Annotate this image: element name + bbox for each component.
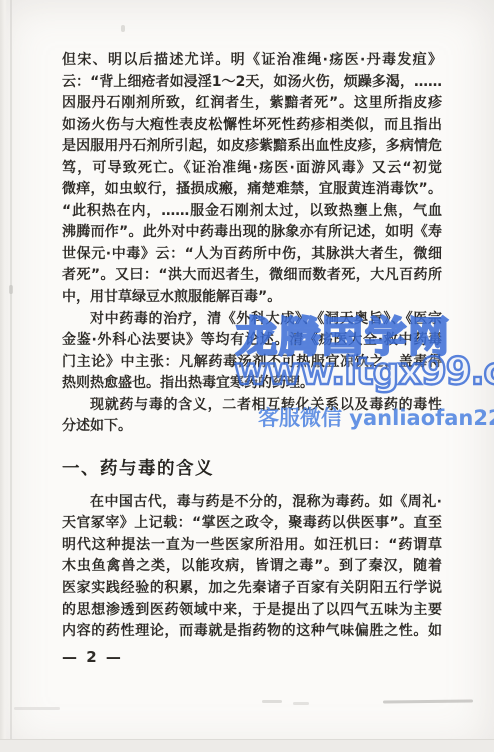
text-line: 如汤火伤与大疱性表皮松懈性坏死性药疹相类似，而且指出 <box>62 115 442 137</box>
text-line: 因服丹石刚剂所致，红润者生，紫黯者死”。这里所指皮疹 <box>62 93 442 115</box>
text-line: 的思想渗透到医药领域中来，于是提出了以四气五味为主要 <box>62 600 442 622</box>
text-line: 者死”。又曰：“洪大而迟者生，微细而数者死，大凡百药所 <box>62 265 442 287</box>
text-column: 但宋、明以后描述尤详。明《证治准绳·疡医·丹毒发疽》云：“背上细疮者如浸淫1～2… <box>62 50 442 666</box>
text-line: 金鉴·外科心法要诀》等均有论述。清《疡医大全·救中药毒 <box>62 330 442 352</box>
scan-smudge <box>262 700 282 703</box>
paragraphs-before-heading: 但宋、明以后描述尤详。明《证治准绳·疡医·丹毒发疽》云：“背上细疮者如浸淫1～2… <box>62 50 442 438</box>
text-line: 世保元·中毒》云：“人为百药所中伤，其脉洪大者生，微细 <box>62 244 442 266</box>
text-line: “此积热在内，……服金石刚剂太过，以致热壅上焦，气血 <box>62 201 442 223</box>
text-line: 沸腾而作”。此外对中药毒出现的脉象亦有所记述，如明《寿 <box>62 222 442 244</box>
text-line: 木虫鱼禽兽之类，以能攻病，皆谓之毒”。到了秦汉，随着 <box>62 556 442 578</box>
text-line: 云：“背上细疮者如浸淫1～2天，如汤火伤，烦躁多渴，…… <box>62 72 442 94</box>
paragraphs-after-heading: 在中国古代，毒与药是不分的，混称为毒药。如《周礼·天官冢宰》上记载：“掌医之政令… <box>62 492 442 643</box>
text-line: 内容的药性理论，而毒就是指药物的这种气味偏胜之性。如 <box>62 621 442 643</box>
text-line: 但宋、明以后描述尤详。明《证治准绳·疡医·丹毒发疽》 <box>62 50 442 72</box>
text-line: 分述如下。 <box>62 416 442 438</box>
text-line: 微痒，如虫蚁行，搔损成瘢，痛楚难禁，宜服黄连消毒饮”。 <box>62 179 442 201</box>
text-line: 医家实践经验的积累，加之先秦诸子百家有关阴阳五行学说 <box>62 578 442 600</box>
page-bottom-edge <box>0 739 494 752</box>
scan-smudge <box>383 700 473 704</box>
text-line: 笃，可导致死亡。《证治准绳·疡医·面游风毒》又云“初觉 <box>62 158 442 180</box>
page-fold-line <box>10 0 12 740</box>
text-line: 在中国古代，毒与药是不分的，混称为毒药。如《周礼· <box>62 492 442 514</box>
page-number: — 2 — <box>62 648 442 666</box>
scan-speck <box>121 25 125 32</box>
text-line: 现就药与毒的含义，二者相互转化关系以及毒药的毒性 <box>62 395 442 417</box>
section-heading: 一、药与毒的含义 <box>62 457 442 481</box>
text-line: 中，用甘草绿豆水煎服能解百毒”。 <box>62 287 442 309</box>
text-line: 明代这种提法一直为一些医家所沿用。如汪机曰：“药谓草 <box>62 535 442 557</box>
text-line: 门主论》中主张：凡解药毒汤剂不可热服宜凉饮之，盖毒得 <box>62 352 442 374</box>
page-edge-shadow <box>0 0 7 752</box>
text-line: 热则热愈盛也。指出热毒宜寒药的药理。 <box>62 373 442 395</box>
scan-speck <box>9 285 13 294</box>
scan-smudge <box>14 707 60 710</box>
scan-smudge <box>293 702 309 705</box>
scanned-book-page: 但宋、明以后描述尤详。明《证治准绳·疡医·丹毒发疽》云：“背上细疮者如浸淫1～2… <box>0 0 494 752</box>
text-line: 是因服用丹石剂所引起，如皮疹紫黯系出血性皮疹，多病情危 <box>62 136 442 158</box>
text-line: 天官冢宰》上记载：“掌医之政令，聚毒药以供医事”。直至 <box>62 513 442 535</box>
text-line: 对中药毒的治疗，清《外科大成》、《洞天奥旨》、《医宗 <box>62 309 442 331</box>
